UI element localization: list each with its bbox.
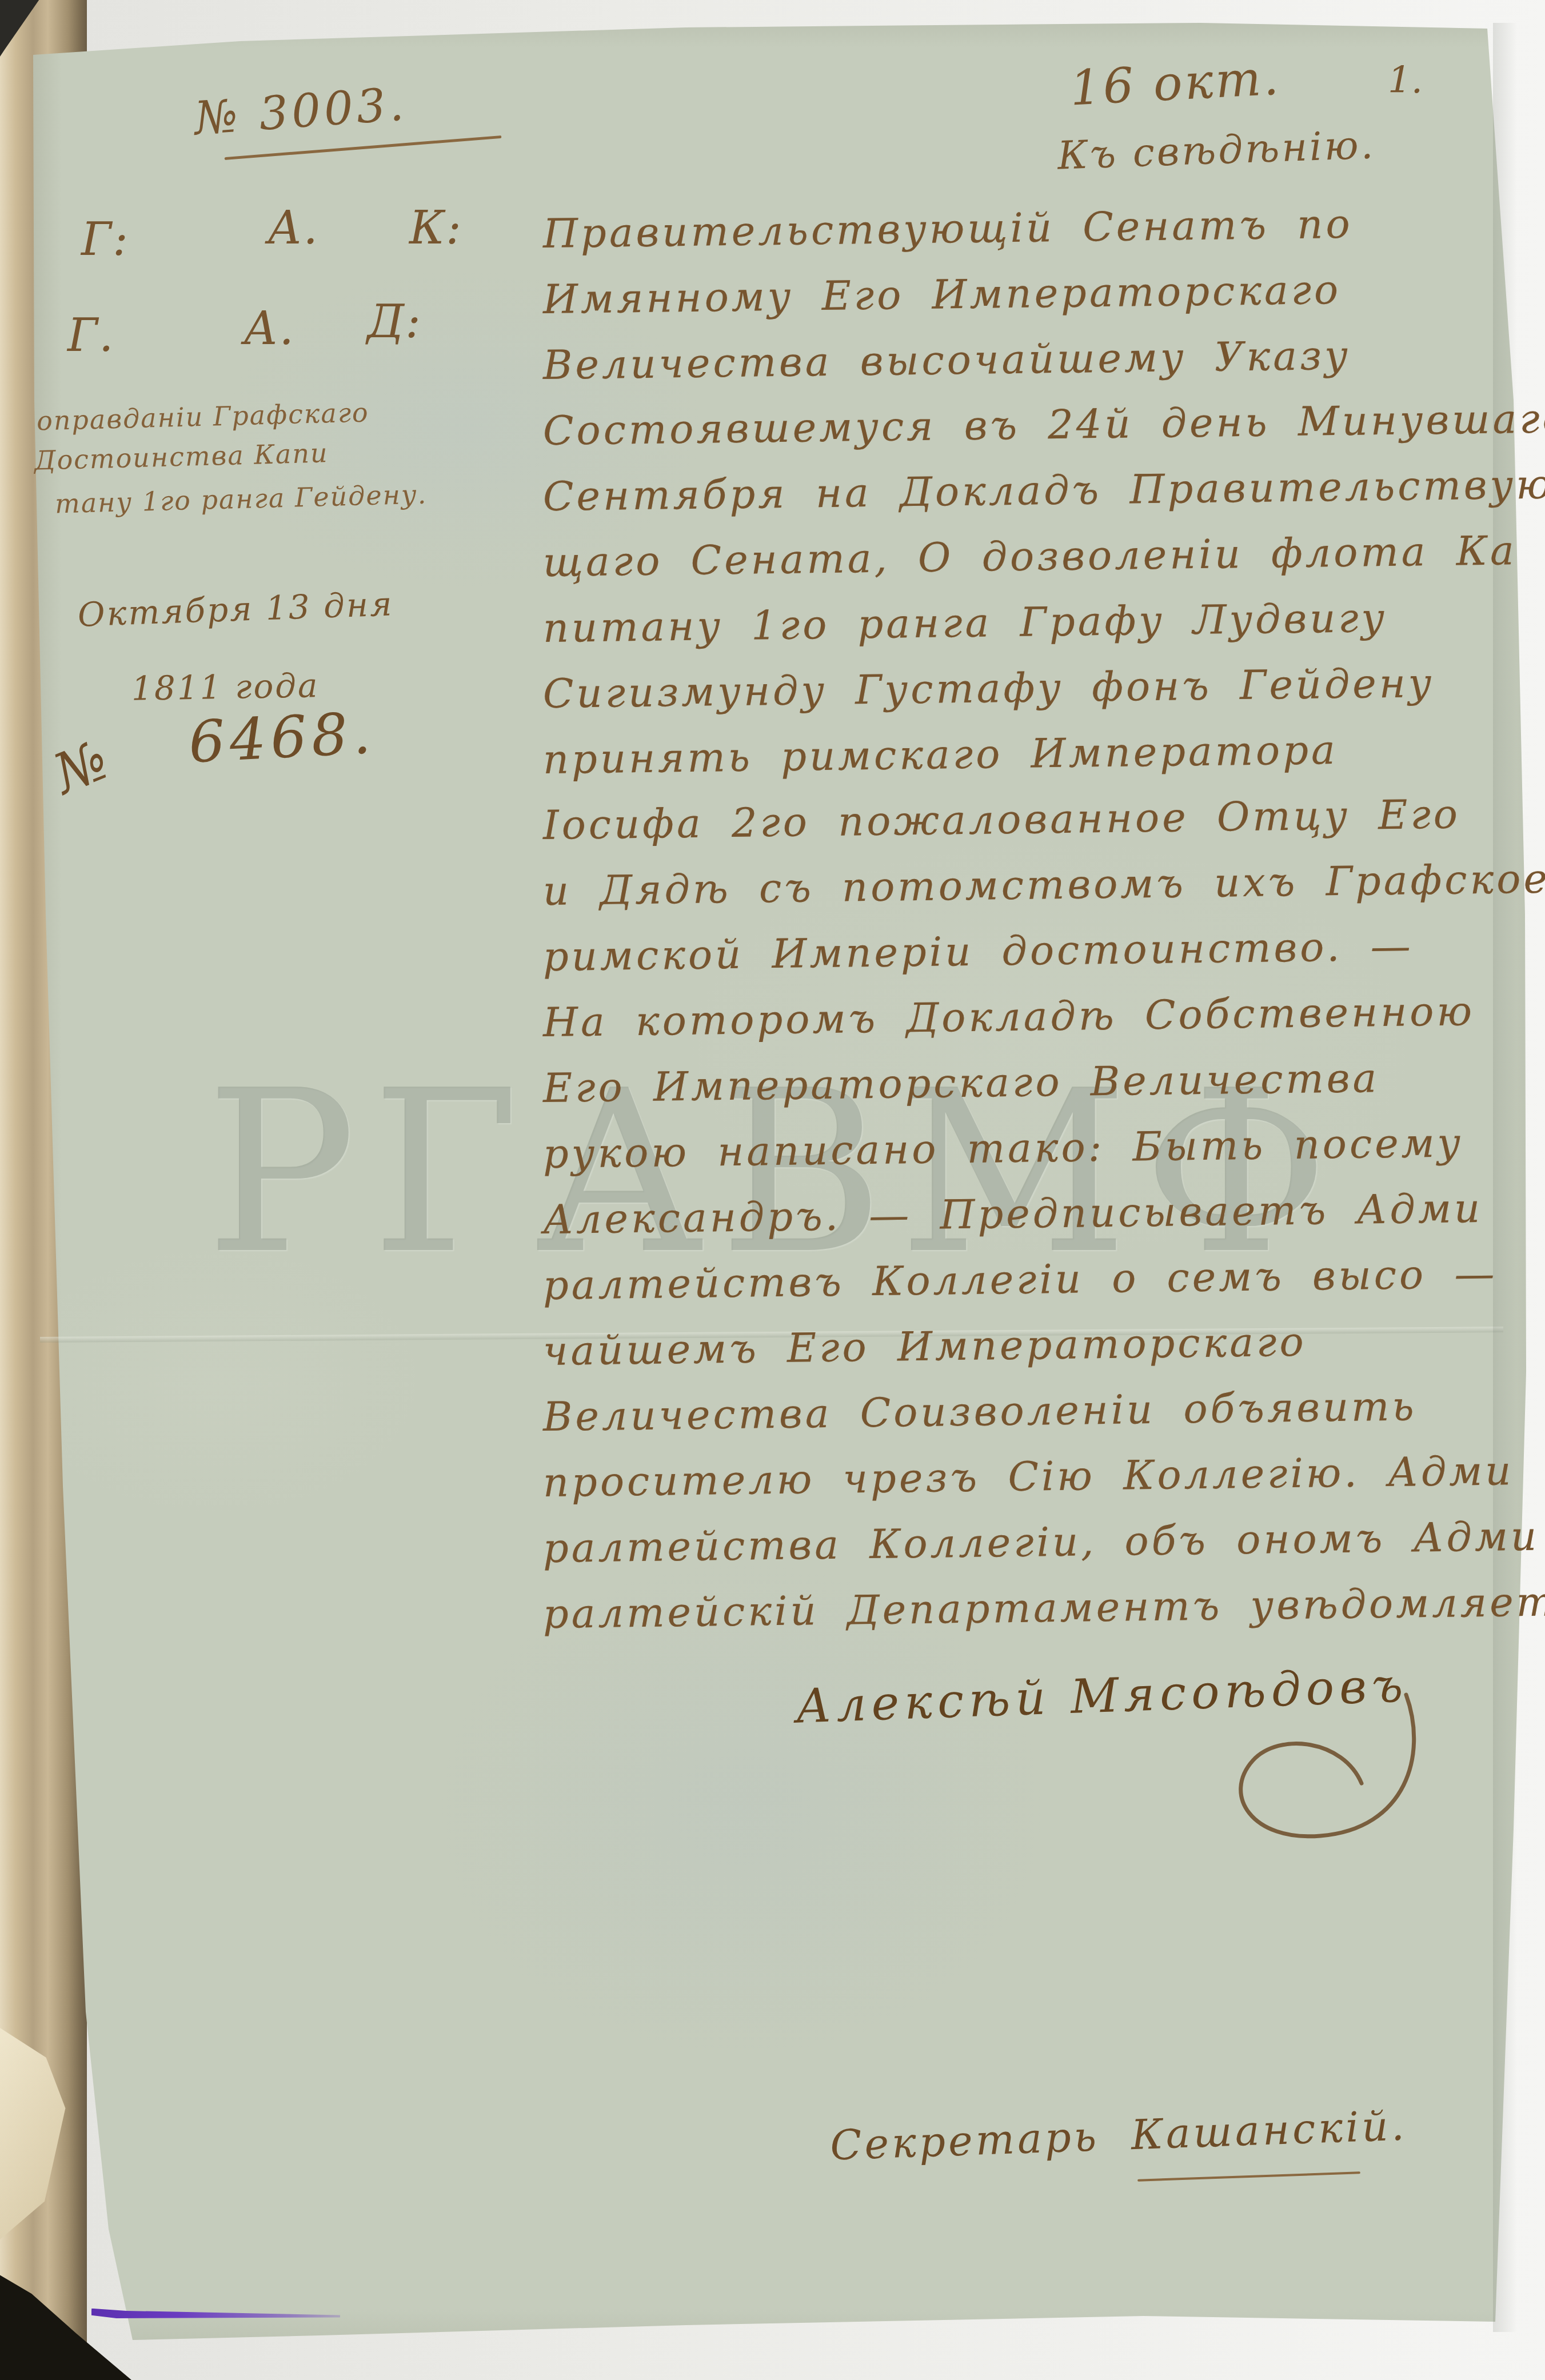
margin-initial: Г. [67,309,114,362]
body-line: чайшемъ Его Императорскаго [542,1319,1307,1375]
margin-date-line: 1811 года [131,666,320,708]
margin-initial: К: [409,201,462,254]
margin-initial: А. [268,201,319,254]
body-line: Правительствующій Сенатъ по [542,201,1352,257]
margin-initial: А. [243,302,295,355]
margin-initial: Д: [367,295,422,348]
received-date-note: 16 окт. [1069,49,1282,116]
margin-journal-number: 6468. [187,700,377,776]
scanned-archival-document: РГАВМФ № 3003. 16 окт. 1. Къ свѣдѣнію. Г… [0,0,1545,2380]
secretary-title: Секретарь [829,2112,1100,2169]
sheet-number: 1. [1388,59,1423,102]
secretary-name: Кашанскій. [1130,2101,1407,2159]
body-line: Величества высочайшему Указу [542,332,1351,389]
margin-initial: Г: [81,213,129,266]
body-line: принять римскаго Императора [542,726,1338,783]
signature-flourish [1217,1692,1469,1852]
paper-edge-shadow [1493,23,1527,2332]
body-line: Имянному Его Императорскаго [542,266,1341,323]
